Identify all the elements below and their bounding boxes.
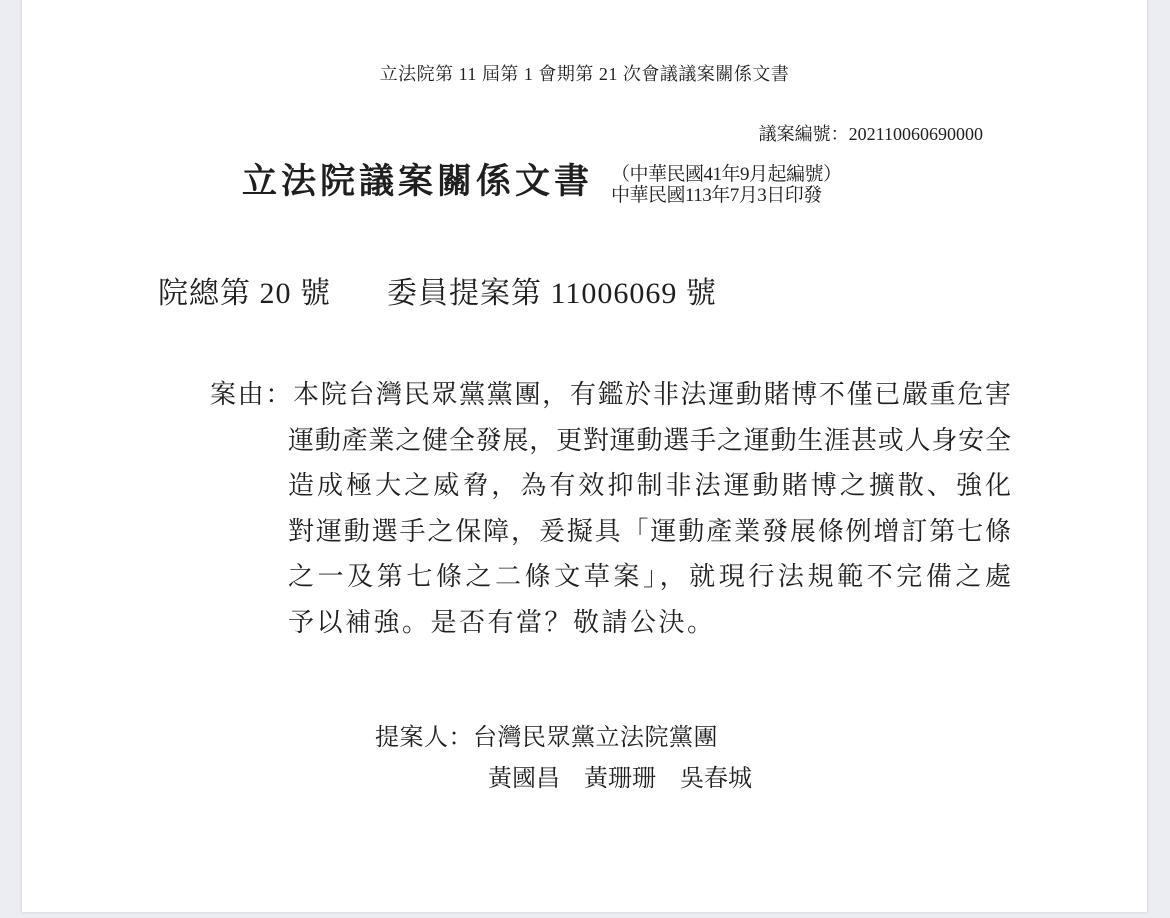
case-line: 之一及第七條之二條文草案」，就現行法規範不完備之處 (288, 554, 1011, 600)
case-line: 造成極大之威脅，為有效抑制非法運動賭博之擴散、強化 (288, 463, 1011, 509)
yuan-total-number: 院總第 20 號 (158, 268, 331, 312)
case-label: 案由： (210, 380, 293, 409)
proposer-members: 黃國昌 黃珊珊 吳春城 (488, 758, 752, 793)
case-summary-section: 案由：本院台灣民眾黨黨團，有鑑於非法運動賭博不僅已嚴重危害 運動產業之健全發展，… (210, 372, 1011, 645)
case-line: 予以補強。是否有當？敬請公決。 (288, 600, 1011, 646)
session-header: 立法院第 11 屆第 1 會期第 21 次會議議案關係文書 (22, 60, 1147, 86)
case-text: 本院台灣民眾黨黨團，有鑑於非法運動賭博不僅已嚴重危害 (293, 380, 1011, 409)
title-note-line2: 中華民國113年7月3日印發 (611, 185, 842, 206)
bill-number: 議案編號：202110060690000 (759, 120, 983, 146)
case-line: 案由：本院台灣民眾黨黨團，有鑑於非法運動賭博不僅已嚴重危害 (210, 372, 1011, 418)
title-note: （中華民國41年9月起編號） 中華民國113年7月3日印發 (611, 161, 842, 206)
document-page: 立法院第 11 屆第 1 會期第 21 次會議議案關係文書 議案編號：20211… (22, 0, 1147, 912)
case-line: 運動產業之健全發展，更對運動選手之運動生涯甚或人身安全 (288, 418, 1011, 464)
case-line: 對運動選手之保障，爰擬具「運動產業發展條例增訂第七條 (288, 509, 1011, 555)
case-number-row: 院總第 20 號 委員提案第 11006069 號 (158, 268, 717, 312)
proposer-line: 提案人：台灣民眾黨立法院黨團 (375, 717, 718, 752)
title-row: 立法院議案關係文書 （中華民國41年9月起編號） 中華民國113年7月3日印發 (242, 161, 842, 206)
document-title: 立法院議案關係文書 (242, 161, 593, 203)
title-note-line1: （中華民國41年9月起編號） (611, 164, 842, 185)
member-proposal-number: 委員提案第 11006069 號 (387, 268, 717, 312)
